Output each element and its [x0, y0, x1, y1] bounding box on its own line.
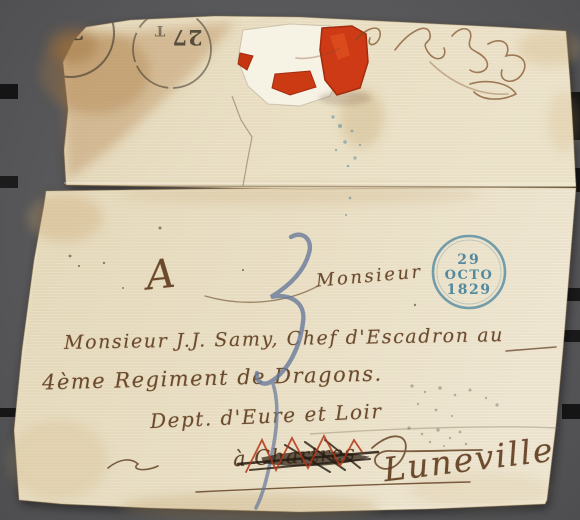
postmark-30-circle [26, 0, 114, 77]
redirected-destination: Luneville [381, 430, 556, 490]
crossed-out-destination: à Chartres [232, 441, 356, 471]
salutation-a: A [144, 251, 178, 300]
blue-datestamp-year: 1829 [447, 282, 492, 298]
paper-top-flap [63, 16, 576, 189]
postmark-27-partial-letter: T [154, 22, 165, 38]
postmark-27-day: 27 [171, 25, 202, 50]
wax-seal-strip-fragment [272, 71, 316, 95]
photo-antique-letter: 30 27 T 29 OCTO 1829 [0, 0, 580, 520]
wax-seal-fragments [238, 26, 371, 105]
blue-datestamp-month: OCTO [445, 268, 494, 283]
postmark-30-text: 30 [47, 16, 84, 45]
wax-seal-small-fragment [238, 53, 253, 70]
blue-datestamp: 29 OCTO 1829 [433, 236, 505, 308]
torn-paper-patch [238, 24, 345, 106]
address-line-3: Dept. d'Eure et Loir [150, 399, 383, 433]
address-line-1: Monsieur J.J. Samy, Chef d'Escadron au [64, 324, 504, 354]
address-line-2: 4ème Regiment de Dragons. [42, 362, 383, 395]
black-postmarks: 30 27 T [26, 0, 211, 88]
docket-scrawl [296, 28, 525, 99]
honorific-monsieur: Monsieur [315, 261, 423, 291]
wax-seal-large-fragment [320, 26, 368, 95]
blue-datestamp-day: 29 [457, 252, 480, 268]
blue-ink-offset-speckles [331, 115, 361, 216]
postmark-27-circle [133, 10, 211, 88]
